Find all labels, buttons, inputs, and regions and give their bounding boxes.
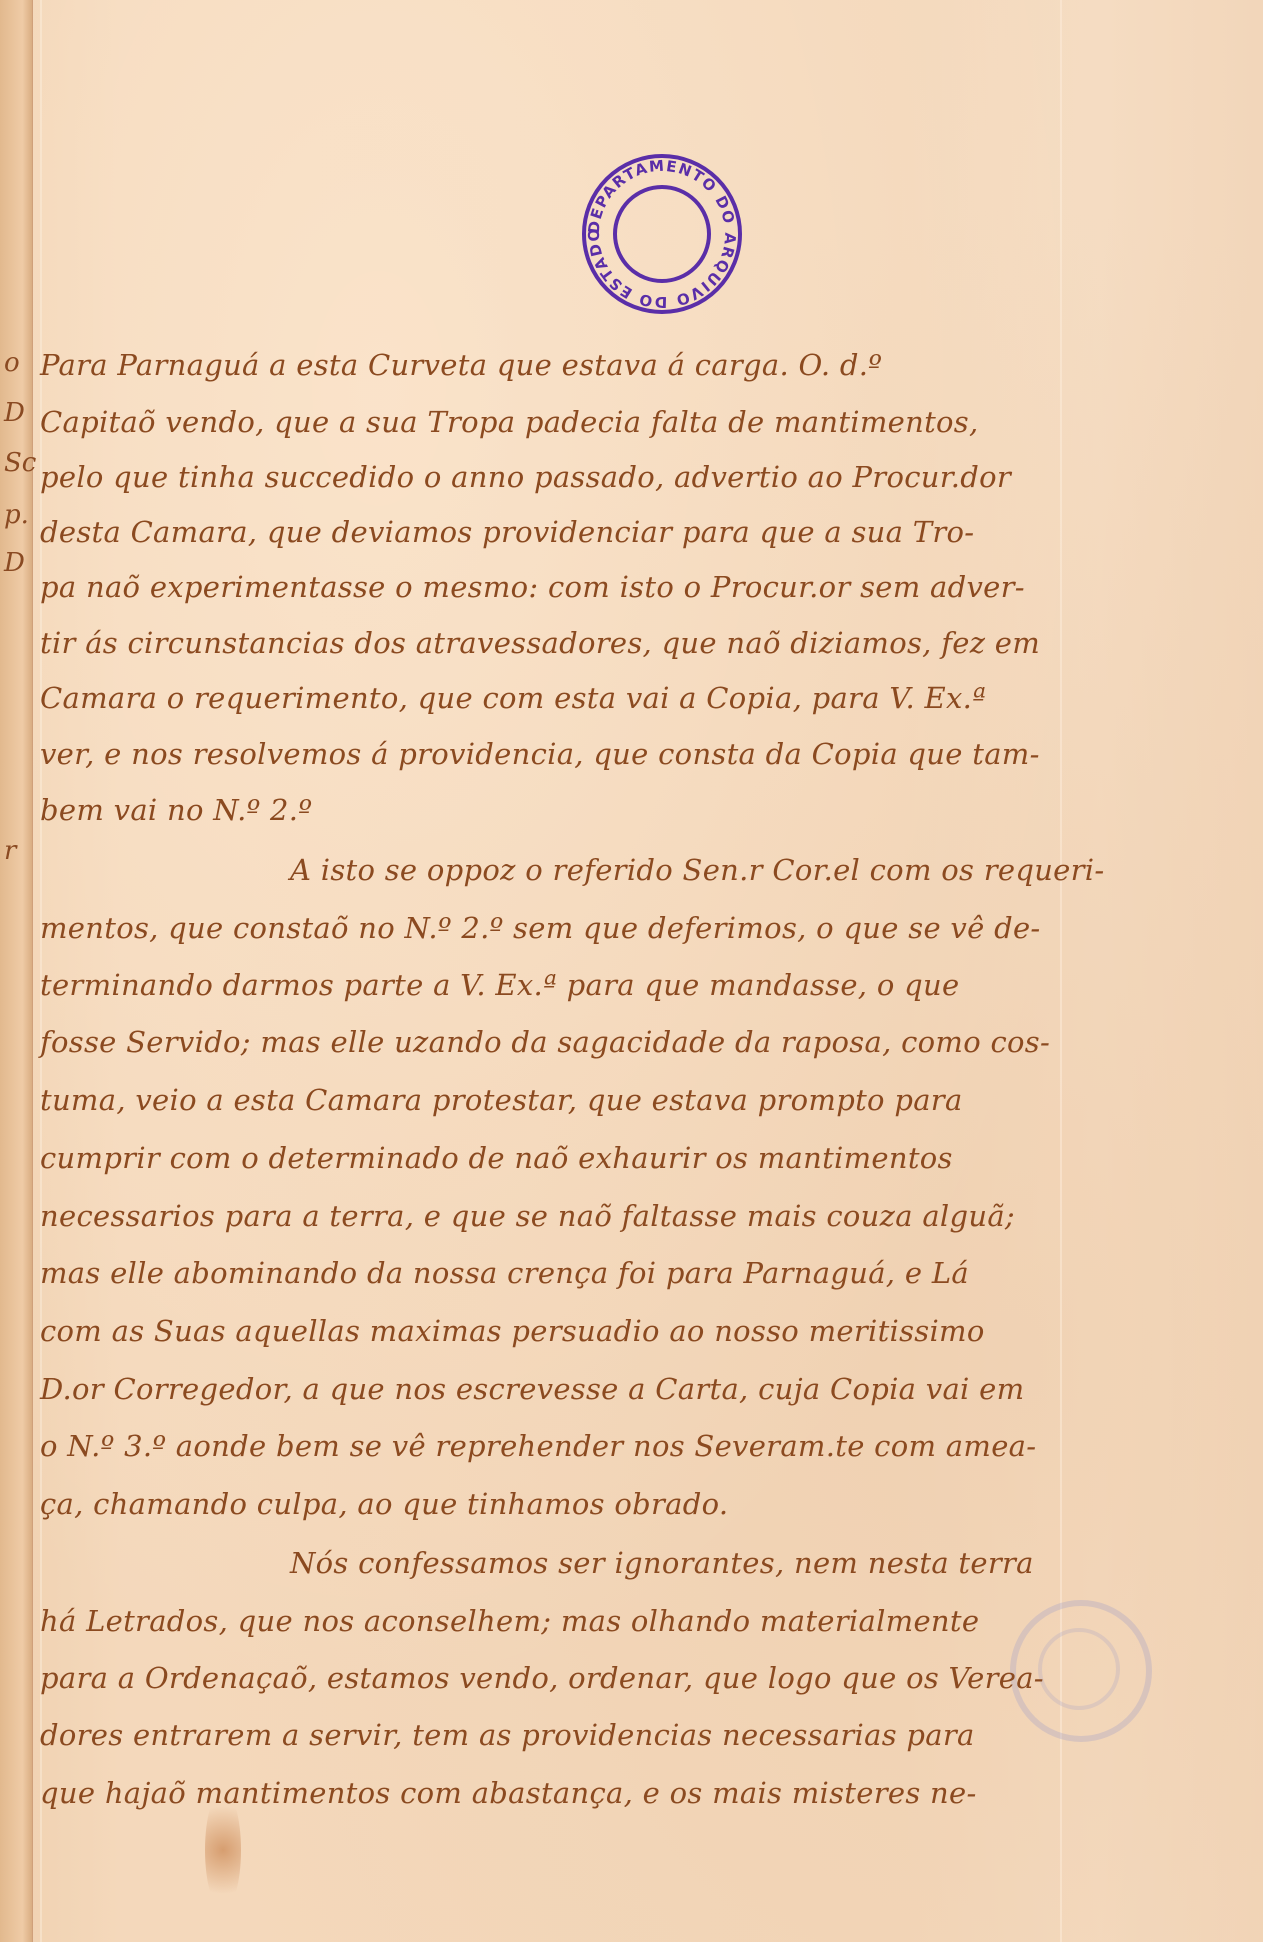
margin-note: Sc: [4, 448, 36, 478]
manuscript-line: ver, e nos resolvemos á providencia, que…: [40, 737, 1040, 771]
margin-note: D: [4, 548, 25, 578]
archive-stamp: DEPARTAMENTO DO ARQUIVO DO ESTADO - S. P…: [578, 150, 746, 318]
manuscript-line: há Letrados, que nos aconselhem; mas olh…: [40, 1604, 979, 1638]
margin-note: D: [4, 398, 25, 428]
margin-note: o: [4, 348, 20, 378]
manuscript-line: Capitaõ vendo, que a sua Tropa padecia f…: [40, 405, 979, 439]
manuscript-line: pelo que tinha succedido o anno passado,…: [40, 460, 1011, 494]
stamp-inner-ring: [615, 187, 709, 281]
manuscript-line: necessarios para a terra, e que se naõ f…: [40, 1199, 1015, 1233]
manuscript-line: para a Ordenaçaõ, estamos vendo, ordenar…: [40, 1661, 1044, 1695]
manuscript-line: tir ás circunstancias dos atravessadores…: [40, 626, 1040, 660]
manuscript-line: mentos, que constaõ no N.º 2.º sem que d…: [40, 911, 1041, 945]
manuscript-line: A isto se oppoz o referido Sen.r Cor.el …: [290, 853, 1104, 887]
manuscript-line: pa naõ experimentasse o mesmo: com isto …: [40, 570, 1025, 604]
stamp-outer-ring: [584, 156, 740, 312]
manuscript-line: fosse Servido; mas elle uzando da sagaci…: [40, 1025, 1050, 1059]
manuscript-line: dores entrarem a servir, tem as providen…: [40, 1718, 975, 1752]
manuscript-line: D.or Corregedor, a que nos escrevesse a …: [40, 1372, 1024, 1406]
manuscript-line: com as Suas aquellas maximas persuadio a…: [40, 1314, 985, 1348]
manuscript-line: desta Camara, que deviamos providenciar …: [40, 515, 974, 549]
manuscript-line: bem vai no N.º 2.º: [40, 793, 312, 827]
manuscript-line: Camara o requerimento, que com esta vai …: [40, 681, 986, 715]
manuscript-line: que hajaõ mantimentos com abastança, e o…: [40, 1776, 977, 1810]
manuscript-line: Para Parnaguá a esta Curveta que estava …: [40, 348, 882, 382]
folded-edge-strip: [0, 0, 33, 1942]
manuscript-line: Nós confessamos ser ignorantes, nem nest…: [290, 1546, 1034, 1580]
margin-note: p.: [4, 500, 29, 530]
manuscript-line: tuma, veio a esta Camara protestar, que …: [40, 1083, 963, 1117]
manuscript-line: terminando darmos parte a V. Ex.ª para q…: [40, 968, 959, 1002]
manuscript-line: mas elle abominando da nossa crença foi …: [40, 1256, 969, 1290]
manuscript-line: o N.º 3.º aonde bem se vê reprehender no…: [40, 1429, 1036, 1463]
margin-note: r: [4, 836, 16, 866]
manuscript-line: ça, chamando culpa, ao que tinhamos obra…: [40, 1487, 728, 1521]
manuscript-line: cumprir com o determinado de naõ exhauri…: [40, 1141, 953, 1175]
